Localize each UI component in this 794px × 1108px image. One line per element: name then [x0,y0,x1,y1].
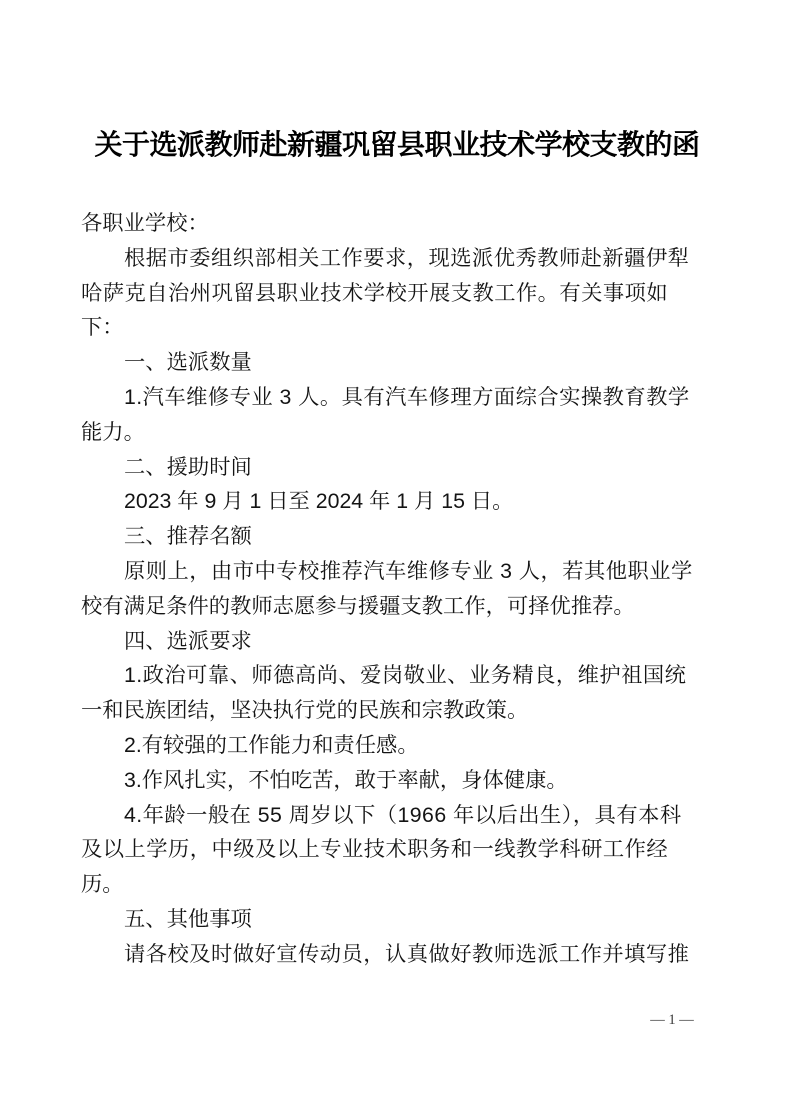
line-sec4-item4-3: 历。 [81,867,693,902]
line-heading-1: 一、选派数量 [81,345,693,380]
line-sec2-date-range: 2023 年 9 月 1 日至 2024 年 1 月 15 日。 [81,484,693,519]
document-body: 各职业学校： 根据市委组织部相关工作要求，现选派优秀教师赴新疆伊犁 哈萨克自治州… [81,206,693,972]
line-sec3-para-1: 原则上，由市中专校推荐汽车维修专业 3 人，若其他职业学 [81,554,693,589]
line-sec4-item4-1: 4.年龄一般在 55 周岁以下（1966 年以后出生），具有本科 [81,798,693,833]
line-sec4-item1-2: 一和民族团结，坚决执行党的民族和宗教政策。 [81,693,693,728]
line-sec3-para-2: 校有满足条件的教师志愿参与援疆支教工作，可择优推荐。 [81,589,693,624]
line-intro-3: 下： [81,310,693,345]
line-salutation: 各职业学校： [81,206,693,241]
line-sec4-item3: 3.作风扎实，不怕吃苦，敢于率献，身体健康。 [81,763,693,798]
line-heading-4: 四、选派要求 [81,624,693,659]
line-sec4-item2: 2.有较强的工作能力和责任感。 [81,728,693,763]
line-sec4-item4-2: 及以上学历，中级及以上专业技术职务和一线教学科研工作经 [81,832,693,867]
line-heading-5: 五、其他事项 [81,902,693,937]
line-heading-2: 二、援助时间 [81,450,693,485]
line-sec4-item1-1: 1.政治可靠、师德高尚、爱岗敬业、业务精良，维护祖国统 [81,658,693,693]
line-sec1-item1-2: 能力。 [81,415,693,450]
line-heading-3: 三、推荐名额 [81,519,693,554]
line-sec1-item1-1: 1.汽车维修专业 3 人。具有汽车修理方面综合实操教育教学 [81,380,693,415]
page-number: — 1 — [640,1012,704,1029]
document-title: 关于选派教师赴新疆巩留县职业技术学校支教的函 [0,126,794,166]
line-intro-2: 哈萨克自治州巩留县职业技术学校开展支教工作。有关事项如 [81,276,693,311]
line-sec5-para-1: 请各校及时做好宣传动员，认真做好教师选派工作并填写推 [81,937,693,972]
document-page: 关于选派教师赴新疆巩留县职业技术学校支教的函 各职业学校： 根据市委组织部相关工… [0,0,794,1108]
line-intro-1: 根据市委组织部相关工作要求，现选派优秀教师赴新疆伊犁 [81,241,693,276]
